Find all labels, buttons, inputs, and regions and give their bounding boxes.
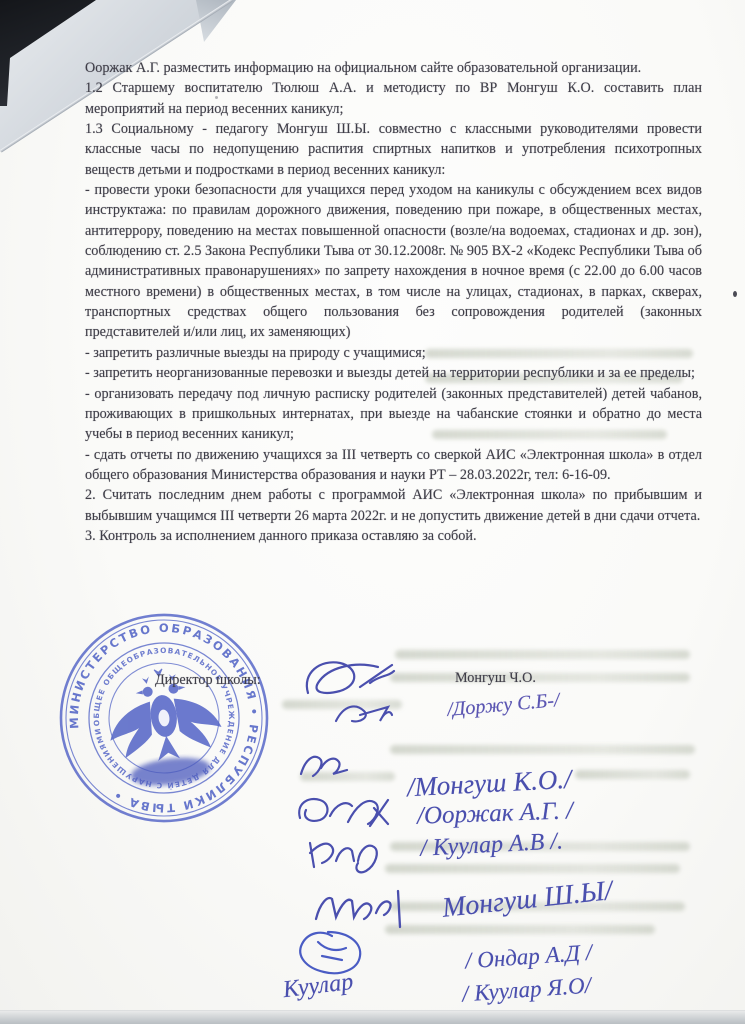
page-bottom-edge [0,1010,745,1024]
paragraph: - запретить неорганизованные перевозки и… [85,363,702,383]
paragraph: 3. Контроль за исполнением данного прика… [85,526,702,546]
handwritten-name: / Ондар А.Д / [464,940,593,975]
director-label: Директор школы: [155,672,261,689]
bleed-through-line [385,864,680,873]
signature-scribble [288,922,368,980]
handwritten-name: Монгуш Ш.Ы/ [441,875,614,925]
official-round-stamp: МИНИСТЕРСТВО ОБРАЗОВАНИЯ • РЕСПУБЛИКИ ТЫ… [44,598,285,839]
signature-scribble [330,699,395,727]
paragraph: - провести уроки безопасности для учащих… [85,180,702,343]
paragraph: - сдать отчеты по движению учащихся за I… [85,445,702,486]
director-name: Монгуш Ч.О. [455,670,536,687]
signature-scribble [295,746,355,784]
paragraph: 2. Считать последним днем работы с прогр… [85,485,702,526]
bleed-through-line [395,650,690,659]
bleed-through-line [390,673,690,682]
bleed-through-line [575,770,690,779]
paragraph: - запретить различные выезды на природу … [85,343,702,363]
handwritten-name: /Ооржак А.Г. / [417,797,574,830]
handwritten-name: / Куулар А.В /. [419,828,563,862]
paragraph: 1.2 Старшему воспитателю Тюлюш А.А. и ме… [85,78,702,119]
handwritten-name: /Доржу С.Б-/ [446,689,560,722]
scanned-document-page: МИНИСТЕРСТВО ОБРАЗОВАНИЯ • РЕСПУБЛИКИ ТЫ… [0,0,745,1024]
ink-speck [733,291,737,297]
bleed-through-line [390,745,695,754]
paragraph: Ооржак А.Г. разместить информацию на офи… [85,58,702,78]
order-body-text: Ооржак А.Г. разместить информацию на офи… [85,58,702,546]
paragraph: 1.3 Социальному - педагогу Монгуш Ш.Ы. с… [85,119,702,180]
paragraph: - организовать передачу под личную распи… [85,384,702,445]
handwritten-name: / Куулар Я.О/ [461,973,592,1008]
signature-scribble [300,831,395,879]
signature-scribble [290,788,395,833]
